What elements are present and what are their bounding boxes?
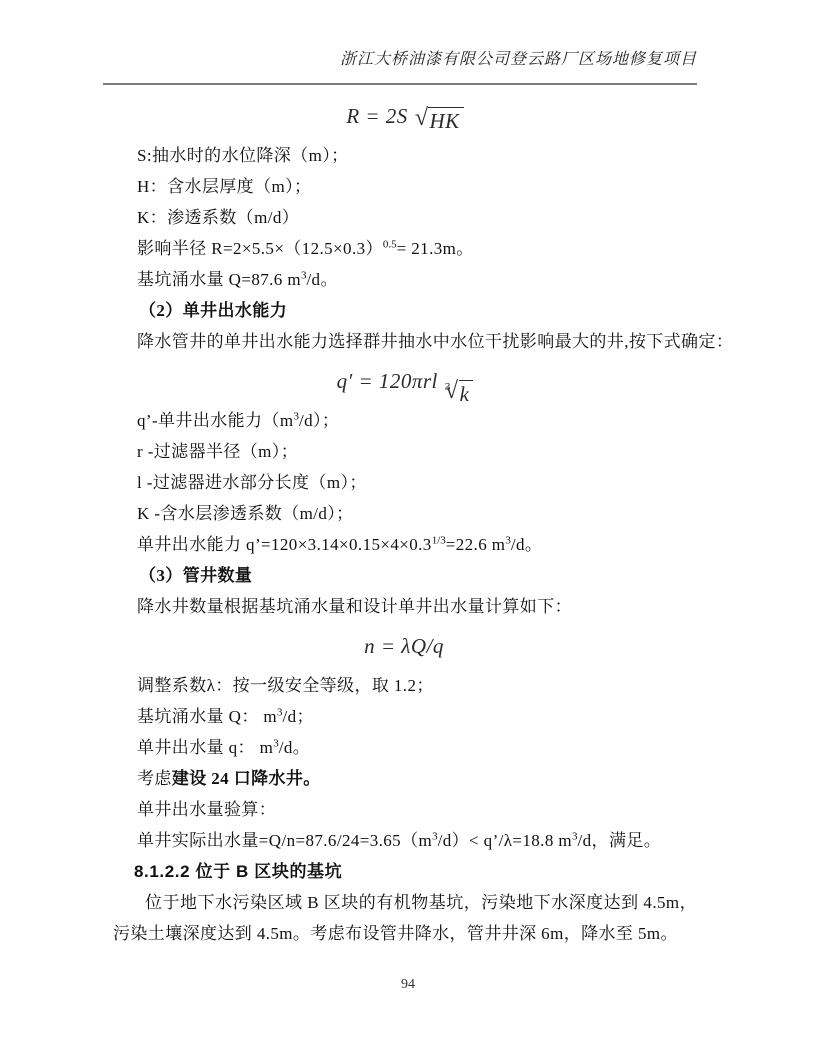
text-line: K -含水层渗透系数（m/d）； xyxy=(113,498,697,529)
text-segment: /d。 xyxy=(279,738,310,757)
single-well-capacity-formula: q′ = 120πrl3√k xyxy=(113,358,697,404)
text-segment: /d。 xyxy=(306,270,337,289)
text-segment: 位于地下水污染区域 B 区块的有机物基坑，污染地下水深度达到 4.5m，污染土壤… xyxy=(113,893,697,943)
text-line: 降水管井的单井出水能力选择群井抽水中水位干扰影响最大的井,按下式确定： xyxy=(113,326,697,357)
body-paragraph: 位于地下水污染区域 B 区块的有机物基坑，污染地下水深度达到 4.5m，污染土壤… xyxy=(113,887,697,949)
text-segment: 单井出水量 q： m xyxy=(137,738,273,757)
text-segment: 位于 B 区块的基坑 xyxy=(196,862,343,881)
text-segment: 基坑涌水量 Q： m xyxy=(137,707,277,726)
text-segment: K：渗透系数（m/d） xyxy=(137,208,299,227)
document-body: R = 2S√HKS:抽水时的水位降深（m）；H：含水层厚度（m）；K：渗透系数… xyxy=(113,92,697,949)
radical: √HK xyxy=(415,100,464,134)
text-segment: 建设 24 口降水井。 xyxy=(172,769,321,788)
text-segment: 降水管井的单井出水能力选择群井抽水中水位干扰影响最大的井,按下式确定： xyxy=(137,332,733,351)
text-line: r -过滤器半径（m）； xyxy=(113,436,697,467)
text-segment: 单井出水能力 q’=120×3.14×0.15×4×0.3 xyxy=(137,535,432,554)
text-segment: K -含水层渗透系数（m/d）； xyxy=(137,504,354,523)
text-line: q’-单井出水能力（m3/d）； xyxy=(113,405,697,436)
text-segment: 单井出水量验算： xyxy=(137,800,276,819)
text-line: 降水井数量根据基坑涌水量和设计单井出水量计算如下： xyxy=(113,591,697,622)
text-segment: /d； xyxy=(283,707,314,726)
text-segment: （2）单井出水能力 xyxy=(139,301,287,320)
text-line: 基坑涌水量 Q=87.6 m3/d。 xyxy=(113,264,697,295)
text-segment: /d）； xyxy=(299,411,339,430)
page-header-title: 浙江大桥油漆有限公司登云路厂区场地修复项目 xyxy=(340,51,697,68)
page-number: 94 xyxy=(401,977,415,992)
text-segment: 基坑涌水量 Q=87.6 m xyxy=(137,270,301,289)
radicand: HK xyxy=(428,107,463,134)
text-line: l -过滤器进水部分长度（m）； xyxy=(113,467,697,498)
text-segment: 单井实际出水量=Q/n=87.6/24=3.65（m xyxy=(137,831,432,850)
text-line: 影响半径 R=2×5.5×（12.5×0.3）0.5= 21.3m。 xyxy=(113,233,697,264)
text-segment: 降水井数量根据基坑涌水量和设计单井出水量计算如下： xyxy=(137,597,572,616)
page-header: 浙江大桥油漆有限公司登云路厂区场地修复项目 xyxy=(103,46,697,69)
text-segment: /d）< q’/λ=18.8 m xyxy=(438,831,572,850)
document-page: 浙江大桥油漆有限公司登云路厂区场地修复项目 R = 2S√HKS:抽水时的水位降… xyxy=(0,0,816,1056)
page-footer: 94 xyxy=(0,977,816,993)
formula-expression: R = 2S xyxy=(346,104,410,128)
radical: 3√k xyxy=(445,373,474,407)
text-segment: H：含水层厚度（m）； xyxy=(137,177,311,196)
text-line: H：含水层厚度（m）； xyxy=(113,171,697,202)
text-segment: /d，满足。 xyxy=(578,831,662,850)
text-segment: S:抽水时的水位降深（m）； xyxy=(137,146,349,165)
text-segment: 8.1.2.2 xyxy=(134,862,196,881)
radical-index: 3 xyxy=(445,382,451,393)
text-line: S:抽水时的水位降深（m）； xyxy=(113,140,697,171)
text-line: 考虑建设 24 口降水井。 xyxy=(113,763,697,794)
formula-expression: q′ = 120πrl xyxy=(337,369,440,393)
text-segment: r -过滤器半径（m）； xyxy=(137,442,298,461)
text-segment: q’-单井出水能力（m xyxy=(137,411,293,430)
influence-radius-formula: R = 2S√HK xyxy=(113,93,697,139)
text-line: 单井出水量 q： m3/d。 xyxy=(113,732,697,763)
text-segment: l -过滤器进水部分长度（m）； xyxy=(137,473,367,492)
text-line: K：渗透系数（m/d） xyxy=(113,202,697,233)
formula-expression: n = λQ/q xyxy=(364,634,446,658)
text-segment: （3）管井数量 xyxy=(139,566,252,585)
section-heading-3: （3）管井数量 xyxy=(113,560,697,591)
section-heading-8122: 8.1.2.2 位于 B 区块的基坑 xyxy=(113,856,697,887)
text-segment: /d。 xyxy=(511,535,542,554)
text-line: 基坑涌水量 Q： m3/d； xyxy=(113,701,697,732)
text-segment: 考虑 xyxy=(137,769,172,788)
text-segment: 调整系数λ：按一级安全等级，取 1.2； xyxy=(137,676,434,695)
text-segment: 影响半径 R=2×5.5×（12.5×0.3） xyxy=(137,239,383,258)
text-line: 单井出水能力 q’=120×3.14×0.15×4×0.31/3=22.6 m3… xyxy=(113,529,697,560)
text-segment: = 21.3m。 xyxy=(397,239,474,258)
text-segment: =22.6 m xyxy=(446,535,506,554)
superscript: 1/3 xyxy=(432,534,446,546)
radical-sign-icon: √ xyxy=(415,106,429,130)
text-line: 单井出水量验算： xyxy=(113,794,697,825)
superscript: 0.5 xyxy=(383,238,397,250)
section-heading-2: （2）单井出水能力 xyxy=(113,295,697,326)
header-rule xyxy=(103,83,697,85)
text-line: 单井实际出水量=Q/n=87.6/24=3.65（m3/d）< q’/λ=18.… xyxy=(113,825,697,856)
text-line: 调整系数λ：按一级安全等级，取 1.2； xyxy=(113,670,697,701)
radicand: k xyxy=(459,380,474,407)
well-count-formula: n = λQ/q xyxy=(113,623,697,669)
